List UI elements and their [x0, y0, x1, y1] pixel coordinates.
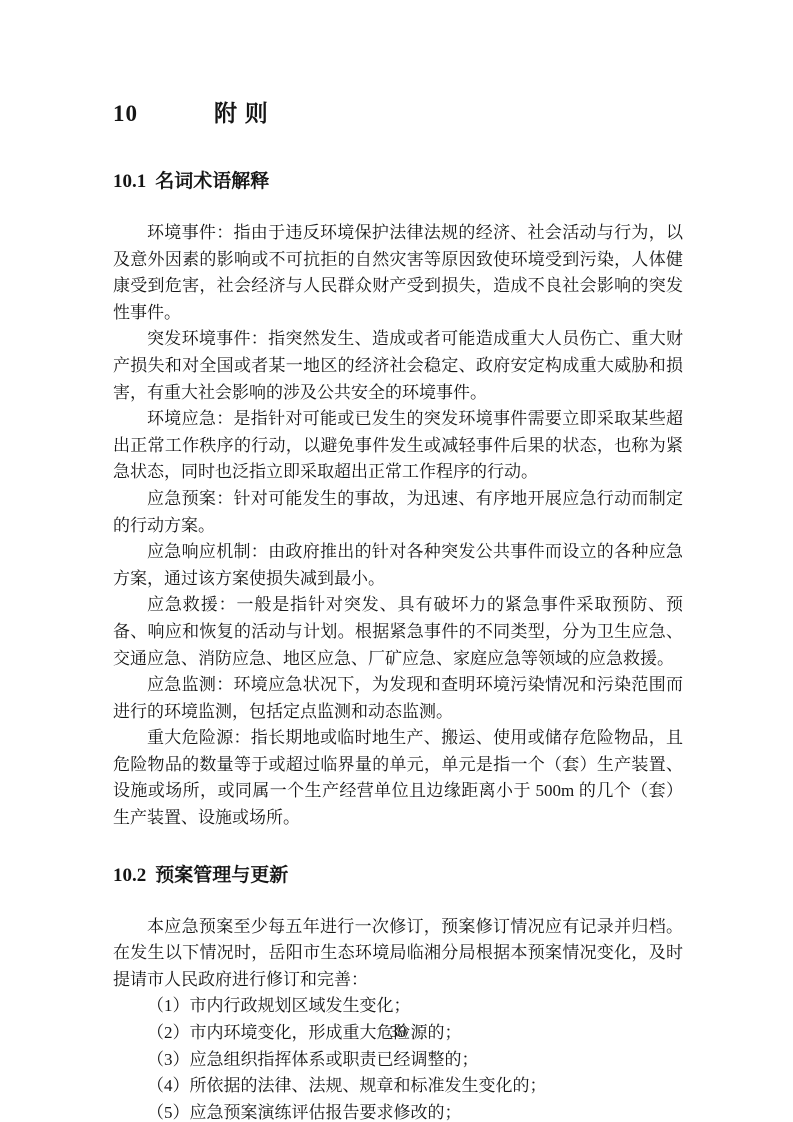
section-heading-10-1: 10.1名词术语解释	[113, 168, 683, 196]
list-item-3: （3）应急组织指挥体系或职责已经调整的；	[113, 1047, 683, 1074]
page-number: 39	[113, 1020, 683, 1044]
term-paragraph-emergency-rescue: 应急救援：一般是指针对突发、具有破坏力的紧急事件采取预防、预备、响应和恢复的活动…	[113, 592, 683, 672]
term-paragraph-major-hazard-source: 重大危险源：指长期地或临时地生产、搬运、使用或储存危险物品，且危险物品的数量等于…	[113, 725, 683, 831]
revision-intro-paragraph: 本应急预案至少每五年进行一次修订，预案修订情况应有记录并归档。在发生以下情况时，…	[113, 914, 683, 994]
section-number: 10.2	[113, 865, 146, 886]
term-paragraph-response-mechanism: 应急响应机制：由政府推出的针对各种突发公共事件而设立的各种应急方案，通过该方案使…	[113, 539, 683, 592]
section-heading-10-2: 10.2预案管理与更新	[113, 862, 683, 890]
chapter-title: 附 则	[214, 101, 269, 126]
term-paragraph-sudden-environment-event: 突发环境事件：指突然发生、造成或者可能造成重大人员伤亡、重大财产损失和对全国或者…	[113, 326, 683, 406]
chapter-number: 10	[113, 101, 138, 126]
list-item-5: （5）应急预案演练评估报告要求修改的；	[113, 1100, 683, 1122]
section-number: 10.1	[113, 171, 146, 192]
list-item-4: （4）所依据的法律、法规、规章和标准发生变化的；	[113, 1073, 683, 1100]
term-paragraph-environment-event: 环境事件：指由于违反环境保护法律法规的经济、社会活动与行为，以及意外因素的影响或…	[113, 220, 683, 326]
section-title: 预案管理与更新	[155, 865, 288, 886]
section-title: 名词术语解释	[155, 171, 269, 192]
term-paragraph-emergency-monitoring: 应急监测：环境应急状况下，为发现和查明环境污染情况和污染范围而进行的环境监测，包…	[113, 672, 683, 725]
list-item-1: （1）市内行政规划区域发生变化；	[113, 993, 683, 1020]
chapter-heading: 10附 则	[113, 98, 683, 130]
document-page: 10附 则 10.1名词术语解释 环境事件：指由于违反环境保护法律法规的经济、社…	[0, 0, 793, 1122]
term-paragraph-environment-emergency: 环境应急：是指针对可能或已发生的突发环境事件需要立即采取某些超出正常工作秩序的行…	[113, 406, 683, 486]
term-paragraph-emergency-plan: 应急预案：针对可能发生的事故，为迅速、有序地开展应急行动而制定的行动方案。	[113, 486, 683, 539]
